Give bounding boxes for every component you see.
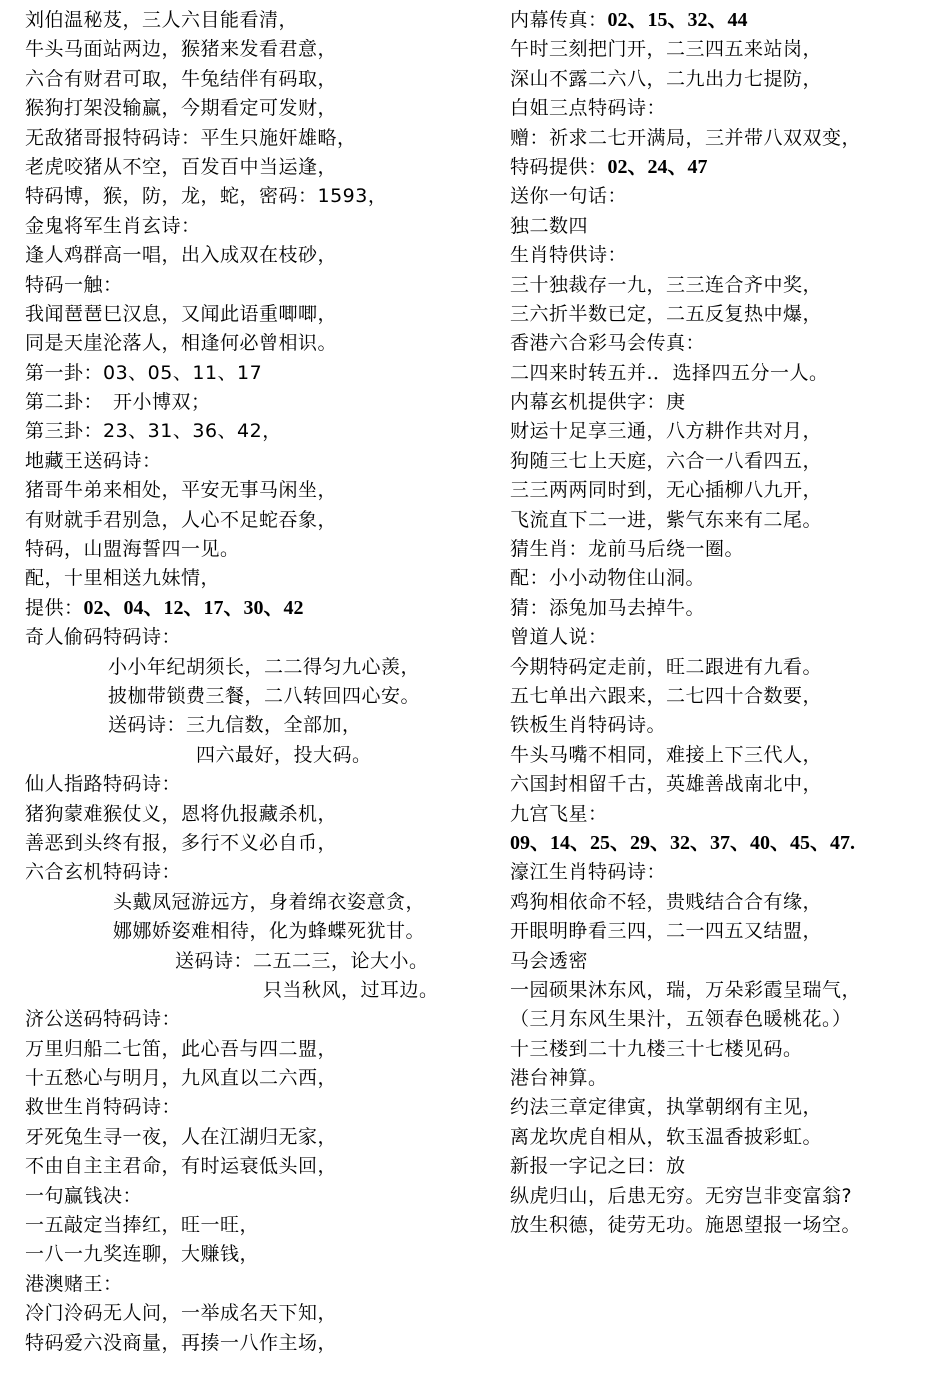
text-line: 猪狗蒙难猴仗义，恩将仇报藏杀机， <box>25 800 475 829</box>
neimu-label: 内幕传真： <box>510 9 608 31</box>
text-line: 猴狗打架没输赢，今期看定可发财， <box>25 94 475 123</box>
text-line: 一五敲定当捧红，旺一旺， <box>25 1211 475 1240</box>
jiugong-numbers: 09、14、25、29、32、37、40、45、47. <box>510 829 930 858</box>
section-heading: 仙人指路特码诗： <box>25 770 475 799</box>
text-line: 一园硕果沐东风，瑞，万朵彩霞呈瑞气， <box>510 976 930 1005</box>
text-line: 特码爱六没商量，再揍一八作主场， <box>25 1329 475 1358</box>
text-line: 牛头马嘴不相同，难接上下三代人， <box>510 741 930 770</box>
text-line: 老虎咬猪从不空，百发百中当运逢， <box>25 153 475 182</box>
text-line: 第三卦：23、31、36、42， <box>25 417 475 446</box>
text-line: 万里归船二七笛，此心吾与四二盟， <box>25 1035 475 1064</box>
text-line: 三三两两同时到，无心插柳八九开， <box>510 476 930 505</box>
section-heading: 生肖特供诗： <box>510 241 930 270</box>
text-line: 约法三章定律寅，执掌朝纲有主见， <box>510 1093 930 1122</box>
section-heading: 特码一触： <box>25 271 475 300</box>
text-line: 十五愁心与明月，九风直以二六西， <box>25 1064 475 1093</box>
text-line: （三月东风生果汁，五领春色暖桃花。） <box>510 1005 930 1034</box>
section-heading: 港澳赌王： <box>25 1270 475 1299</box>
provide-label: 提供： <box>25 597 84 619</box>
poem-line: 头戴凤冠游远方，身着绵衣姿意贪， <box>25 888 475 917</box>
text-line: 独二数四 <box>510 212 930 241</box>
neimu-numbers-line: 内幕传真：02、15、32、44 <box>510 6 930 35</box>
section-heading: 铁板生肖特码诗。 <box>510 711 930 740</box>
text-line: 同是天崖沦落人，相逢何必曾相识。 <box>25 329 475 358</box>
text-line: 第一卦：03、05、11、17 <box>25 359 475 388</box>
poem-line: 小小年纪胡须长，二二得匀九心羡， <box>25 653 475 682</box>
text-line: 今期特码定走前，旺二跟进有九看。 <box>510 653 930 682</box>
text-line: 无敌猪哥报特码诗：平生只施奸雄略， <box>25 124 475 153</box>
text-line: 五七单出六跟来，二七四十合数要， <box>510 682 930 711</box>
text-line: 有财就手君别急，人心不足蛇吞象， <box>25 506 475 535</box>
tema-numbers-line: 特码提供：02、24、47 <box>510 153 930 182</box>
text-line: 午时三刻把门开，二三四五来站岗， <box>510 35 930 64</box>
text-line: 放生积德，徒劳无功。施恩望报一场空。 <box>510 1211 930 1240</box>
text-line: 财运十足享三通，八方耕作共对月， <box>510 417 930 446</box>
text-line: 六合有财君可取，牛兔结伴有码取， <box>25 65 475 94</box>
text-line: 特码博，猴，防，龙，蛇，密码：1593， <box>25 182 475 211</box>
right-column: 内幕传真：02、15、32、44 午时三刻把门开，二三四五来站岗， 深山不露二六… <box>510 6 930 1240</box>
text-line: 猪哥牛弟来相处，平安无事马闲坐， <box>25 476 475 505</box>
section-heading: 濠江生肖特码诗： <box>510 858 930 887</box>
poem-line: 只当秋风，过耳边。 <box>25 976 475 1005</box>
section-heading: 九宫飞星： <box>510 800 930 829</box>
text-line: 刘伯温秘芨，三人六目能看清， <box>25 6 475 35</box>
text-line: 纵虎归山，后患无穷。无穷岂非变富翁? <box>510 1182 930 1211</box>
text-line: 配，十里相送九妹情， <box>25 564 475 593</box>
tema-numbers: 02、24、47 <box>608 156 708 178</box>
section-heading: 送你一句话： <box>510 182 930 211</box>
section-heading: 白姐三点特码诗： <box>510 94 930 123</box>
text-line: 三十独裁存一九，三三连合齐中奖， <box>510 271 930 300</box>
text-line: 逢人鸡群高一唱，出入成双在枝砂， <box>25 241 475 270</box>
text-line: 不由自主主君命，有时运衰低头回， <box>25 1152 475 1181</box>
left-column: 刘伯温秘芨，三人六目能看清， 牛头马面站两边，猴猪来发看君意， 六合有财君可取，… <box>25 6 475 1358</box>
section-heading: 港台神算。 <box>510 1064 930 1093</box>
section-heading: 奇人偷码特码诗： <box>25 623 475 652</box>
text-line: 离龙坎虎自相从，软玉温香披彩虹。 <box>510 1123 930 1152</box>
section-heading: 曾道人说： <box>510 623 930 652</box>
poem-line: 送码诗：二五二三，论大小。 <box>25 947 475 976</box>
text-line: 飞流直下二一进，紫气东来有二尾。 <box>510 506 930 535</box>
section-heading: 金鬼将军生肖玄诗： <box>25 212 475 241</box>
text-line: 新报一字记之曰：放 <box>510 1152 930 1181</box>
text-line: 狗随三七上天庭，六合一八看四五， <box>510 447 930 476</box>
text-line: 猜生肖：龙前马后绕一圈。 <box>510 535 930 564</box>
provide-numbers: 02、04、12、17、30、42 <box>84 597 304 619</box>
text-line: 特码，山盟海誓四一见。 <box>25 535 475 564</box>
text-line: 配：小小动物住山洞。 <box>510 564 930 593</box>
text-line: 深山不露二六八，二九出力七提防， <box>510 65 930 94</box>
text-line: 第二卦： 开小博双； <box>25 388 475 417</box>
text-line: 三六折半数已定，二五反复热中爆， <box>510 300 930 329</box>
text-line: 赠：祈求二七开满局，三并带八双双变， <box>510 124 930 153</box>
poem-line: 披枷带锁费三餐，二八转回四心安。 <box>25 682 475 711</box>
text-line: 善恶到头终有报，多行不义必自币， <box>25 829 475 858</box>
section-heading: 救世生肖特码诗： <box>25 1093 475 1122</box>
text-line: 二四来时转五并.．选择四五分一人。 <box>510 359 930 388</box>
tema-label: 特码提供： <box>510 156 608 178</box>
provide-numbers-line: 提供：02、04、12、17、30、42 <box>25 594 475 623</box>
text-line: 牙死兔生寻一夜，人在江湖归无家， <box>25 1123 475 1152</box>
poem-line: 娜娜娇姿难相待，化为蜂蝶死犹甘。 <box>25 917 475 946</box>
text-line: 牛头马面站两边，猴猪来发看君意， <box>25 35 475 64</box>
text-line: 开眼明睁看三四，二一四五又结盟， <box>510 917 930 946</box>
text-line: 冷门泠码无人问，一举成名天下知， <box>25 1299 475 1328</box>
text-line: 内幕玄机提供字：庚 <box>510 388 930 417</box>
section-heading: 地藏王送码诗： <box>25 447 475 476</box>
text-line: 鸡狗相依命不轻，贵贱结合合有缘， <box>510 888 930 917</box>
text-line: 一八一九奖连聊，大赚钱， <box>25 1240 475 1269</box>
text-line: 我闻琶琶巳汉息，又闻此语重唧唧， <box>25 300 475 329</box>
text-line: 猜：添兔加马去掉牛。 <box>510 594 930 623</box>
section-heading: 香港六合彩马会传真： <box>510 329 930 358</box>
text-line: 六国封相留千古，英雄善战南北中， <box>510 770 930 799</box>
section-heading: 一句赢钱决： <box>25 1182 475 1211</box>
neimu-numbers: 02、15、32、44 <box>608 9 748 31</box>
section-heading: 六合玄机特码诗： <box>25 858 475 887</box>
section-heading: 马会透密 <box>510 947 930 976</box>
section-heading: 济公送码特码诗： <box>25 1005 475 1034</box>
poem-line: 送码诗：三九信数，全部加， <box>25 711 475 740</box>
text-line: 十三楼到二十九楼三十七楼见码。 <box>510 1035 930 1064</box>
poem-line: 四六最好，投大码。 <box>25 741 475 770</box>
